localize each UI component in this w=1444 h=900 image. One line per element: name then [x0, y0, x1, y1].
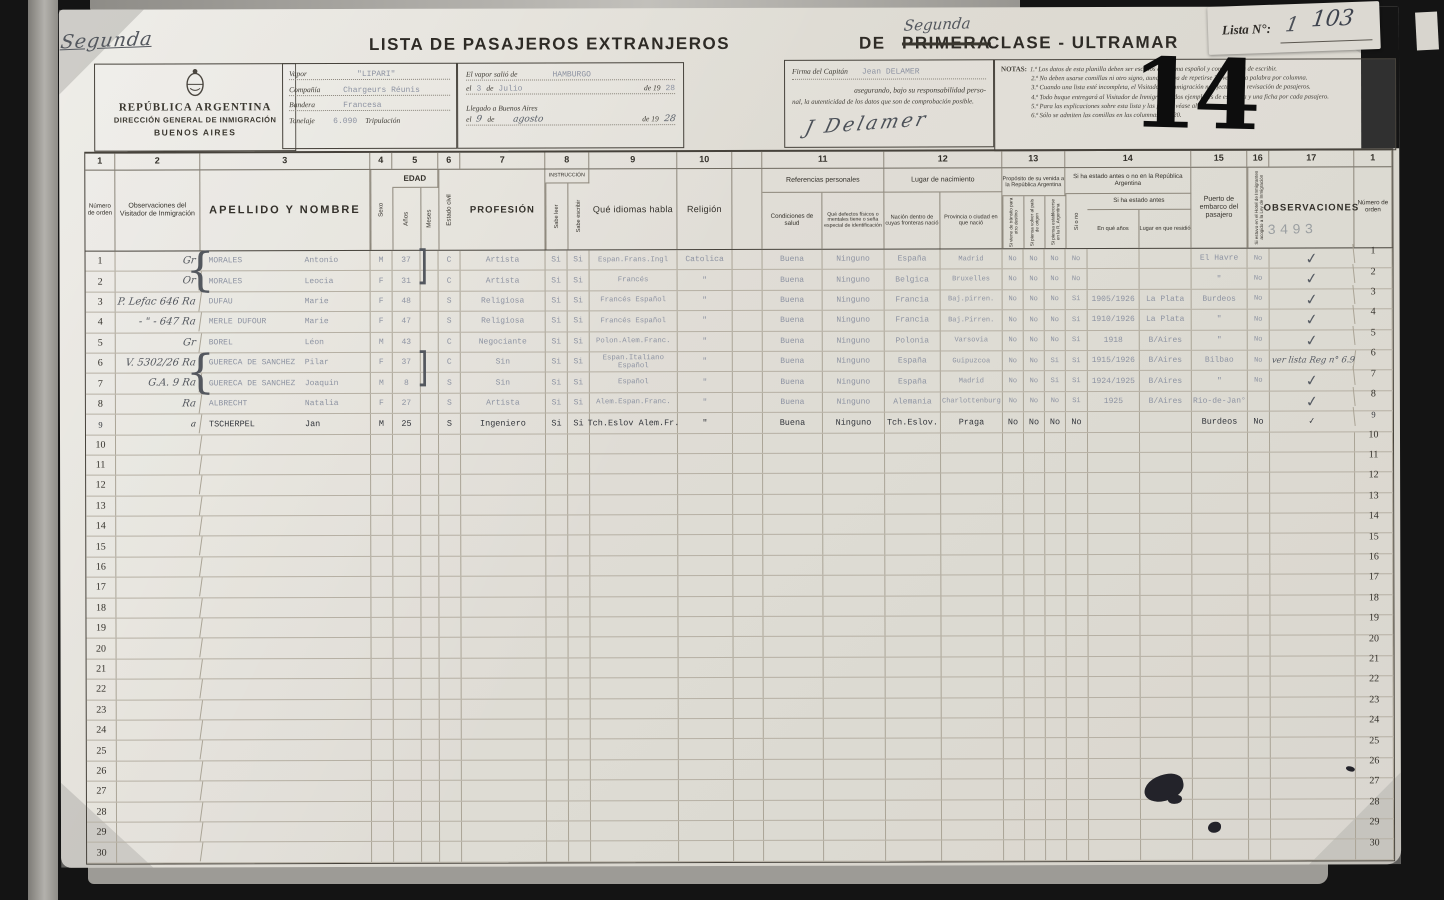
spare-column — [734, 637, 764, 656]
religion — [679, 780, 734, 800]
passenger-name — [201, 434, 371, 454]
been-before: Si — [1066, 310, 1088, 329]
age-months — [421, 312, 439, 331]
health-condition — [764, 637, 824, 657]
visitor-observation — [115, 435, 203, 455]
passenger-name — [201, 618, 371, 638]
embark-port — [1193, 636, 1249, 656]
languages: Espan.Frans.Ingl — [590, 250, 678, 270]
profession: Religiosa — [461, 291, 546, 311]
order-number-right: 17 — [1355, 575, 1393, 594]
purpose-transit: No — [1003, 249, 1024, 268]
visitor-observation — [115, 557, 203, 577]
been-before: No — [1066, 412, 1088, 431]
purpose-settle — [1046, 698, 1067, 717]
health-condition: Buena — [763, 311, 823, 331]
visitor-observation — [116, 761, 204, 781]
observation — [1271, 738, 1356, 758]
observation — [1270, 575, 1355, 595]
writes — [568, 434, 590, 453]
order-number: 16 — [86, 557, 116, 576]
header-h3: APELLIDO Y NOMBRE — [200, 170, 370, 250]
visitor-observation — [115, 659, 203, 679]
reads: Si — [546, 393, 568, 412]
reads — [546, 617, 568, 636]
order-number-right: 22 — [1356, 676, 1394, 695]
de-label: de — [486, 84, 493, 93]
writes — [569, 719, 591, 738]
profession: Negociante — [461, 332, 546, 352]
embark-port — [1193, 779, 1249, 799]
health-condition — [764, 800, 824, 820]
observation — [1270, 615, 1355, 635]
languages: Tch.Eslov Alem.Fr. — [590, 413, 678, 433]
purpose-settle — [1046, 738, 1067, 757]
profession — [461, 495, 546, 515]
languages — [591, 801, 679, 821]
age-months — [422, 781, 440, 800]
place-resided — [1141, 799, 1193, 819]
birth-province: Bruxelles — [941, 270, 1003, 290]
years-before — [1089, 738, 1141, 758]
header-h15: Puerto de embarco del pasajero — [1191, 168, 1247, 248]
birth-nation — [885, 494, 941, 514]
age-months — [422, 842, 440, 861]
order-number: 7 — [86, 374, 116, 393]
been-before — [1066, 473, 1088, 492]
age-years: 27 — [393, 394, 421, 413]
purpose-transit — [1004, 739, 1025, 758]
passenger-name: GUERECA DE SANCHEZPilar — [201, 353, 371, 373]
observation — [1271, 656, 1356, 676]
order-number: 11 — [86, 456, 116, 475]
health-condition — [764, 698, 824, 718]
civil-status — [440, 720, 462, 739]
reads: Si — [546, 271, 568, 290]
years-before — [1089, 718, 1141, 738]
header-h14_group: Si ha estado antes o no en la República … — [1065, 168, 1191, 194]
list-number-underline — [1280, 39, 1372, 43]
birth-province — [942, 637, 1004, 657]
agency-country: REPÚBLICA ARGENTINA — [95, 101, 295, 114]
writes — [569, 781, 591, 800]
writes: Si — [568, 393, 590, 412]
reads — [546, 556, 568, 575]
civil-status — [440, 699, 462, 718]
purpose-return — [1024, 535, 1045, 554]
place-resided: B/Aires — [1140, 371, 1192, 391]
spare-column — [733, 495, 763, 514]
reads — [547, 781, 569, 800]
birth-province — [941, 535, 1003, 555]
column-number: 9 — [589, 152, 677, 168]
years-before — [1088, 596, 1140, 616]
physical-defects: Ninguno — [823, 331, 885, 351]
order-number: 26 — [87, 761, 117, 780]
purpose-return: No — [1024, 351, 1045, 370]
spare-column — [734, 760, 764, 779]
age-months — [421, 495, 439, 514]
purpose-return — [1025, 820, 1046, 839]
writes: Si — [568, 373, 590, 392]
physical-defects — [823, 617, 885, 637]
embark-port: Burdeos — [1192, 289, 1248, 309]
languages: Francés — [590, 271, 678, 291]
purpose-settle — [1045, 575, 1066, 594]
visitor-observation — [116, 802, 204, 822]
embark-port: " — [1192, 371, 1248, 391]
hotel-immigrants: No — [1248, 310, 1270, 329]
age-months — [421, 536, 439, 555]
header-h2: Observaciones del Visitador de Inmigraci… — [115, 170, 200, 250]
civil-status — [440, 801, 462, 820]
column-number: 11 — [762, 152, 884, 168]
health-condition: Buena — [763, 372, 823, 392]
years-before — [1088, 616, 1140, 636]
order-number-right: 13 — [1355, 493, 1393, 512]
sex — [371, 496, 393, 515]
order-number: 9 — [86, 415, 116, 434]
salio-dia: 3 — [476, 85, 481, 94]
sex: M — [371, 332, 393, 351]
order-number: 22 — [87, 680, 117, 699]
purpose-return — [1025, 637, 1046, 656]
purpose-settle: No — [1045, 270, 1066, 289]
languages: Español — [590, 372, 678, 392]
age-months — [421, 475, 439, 494]
hotel-immigrants — [1249, 758, 1271, 777]
civil-status: C — [439, 251, 461, 270]
hotel-immigrants — [1248, 534, 1270, 553]
embark-port — [1192, 534, 1248, 554]
passenger-name — [201, 516, 371, 536]
observation — [1270, 493, 1355, 513]
languages: Francés Español — [590, 311, 678, 331]
writes — [569, 699, 591, 718]
age-years: 48 — [393, 292, 421, 311]
purpose-transit: No — [1003, 392, 1024, 411]
age-years — [393, 434, 421, 453]
reads — [547, 760, 569, 779]
languages — [590, 454, 678, 474]
agency-city: BUENOS AIRES — [95, 127, 295, 138]
hotel-immigrants — [1248, 391, 1270, 410]
writes — [568, 495, 590, 514]
health-condition — [764, 821, 824, 841]
religion — [679, 760, 734, 780]
writes — [568, 617, 590, 636]
place-resided — [1141, 697, 1193, 717]
embark-port — [1193, 738, 1249, 758]
place-resided — [1140, 432, 1192, 452]
physical-defects: Ninguno — [823, 413, 885, 433]
spare-column — [733, 617, 763, 636]
sex — [371, 516, 393, 535]
purpose-settle — [1046, 800, 1067, 819]
purpose-settle: No — [1045, 249, 1066, 268]
passenger-name — [201, 536, 371, 556]
writes: Si — [568, 291, 590, 310]
been-before — [1066, 514, 1088, 533]
salio-label: El vapor salió de — [466, 70, 517, 79]
spare-column — [734, 699, 764, 718]
spare-column — [734, 719, 764, 738]
embark-port — [1192, 575, 1248, 595]
sex — [371, 577, 393, 596]
order-number: 10 — [86, 435, 116, 454]
sex — [372, 822, 394, 841]
place-resided — [1140, 616, 1192, 636]
civil-status — [439, 577, 461, 596]
spare-column — [733, 597, 763, 616]
purpose-transit: No — [1003, 372, 1024, 391]
purpose-settle — [1046, 759, 1067, 778]
purpose-settle: No — [1045, 412, 1066, 431]
order-number: 25 — [87, 741, 117, 760]
religion — [679, 801, 734, 821]
birth-province — [942, 698, 1004, 718]
birth-nation — [885, 474, 941, 494]
spare-column — [733, 433, 763, 452]
passenger-name — [202, 659, 372, 679]
physical-defects — [824, 739, 886, 759]
purpose-return: No — [1024, 290, 1045, 309]
civil-status: S — [439, 373, 461, 392]
birth-province — [942, 677, 1004, 697]
birth-province — [941, 576, 1003, 596]
purpose-return — [1024, 433, 1045, 452]
purpose-transit — [1004, 677, 1025, 696]
visitor-observation — [116, 782, 204, 802]
hotel-immigrants — [1249, 820, 1271, 839]
sex — [372, 699, 394, 718]
physical-defects — [823, 515, 885, 535]
embark-port — [1192, 453, 1248, 473]
religion: " — [678, 352, 733, 372]
order-number: 5 — [86, 333, 116, 352]
been-before: Si — [1066, 351, 1088, 370]
header-v-sino: Si o no — [1065, 194, 1087, 248]
reads: Si — [546, 250, 568, 269]
civil-status: S — [439, 291, 461, 310]
purpose-settle — [1046, 718, 1067, 737]
passenger-name — [202, 801, 372, 821]
reads — [547, 801, 569, 820]
sex: M — [371, 414, 393, 433]
llegado-dia: 9 — [476, 115, 483, 125]
purpose-return — [1025, 779, 1046, 798]
religion — [678, 434, 733, 454]
place-resided — [1140, 493, 1192, 513]
order-number: 6 — [86, 354, 116, 373]
hotel-immigrants — [1249, 718, 1271, 737]
religion — [678, 495, 733, 515]
place-resided — [1140, 249, 1192, 269]
captain-signature: J Delamer — [803, 108, 931, 139]
order-number-right: 28 — [1356, 799, 1394, 818]
writes — [568, 454, 590, 473]
physical-defects — [823, 555, 885, 575]
birth-nation — [886, 800, 942, 820]
physical-defects — [824, 698, 886, 718]
spare-column — [733, 352, 763, 371]
embark-port — [1193, 718, 1249, 738]
purpose-transit — [1003, 575, 1024, 594]
purpose-transit — [1004, 800, 1025, 819]
visitor-observation — [115, 741, 203, 761]
health-condition: Buena — [763, 392, 823, 412]
purpose-settle — [1045, 453, 1066, 472]
order-number: 23 — [87, 700, 117, 719]
reads: Si — [546, 312, 568, 331]
spare-column — [734, 841, 764, 860]
visitor-observation — [115, 455, 203, 475]
passenger-name: ALBRECHTNatalia — [201, 394, 371, 414]
years-before — [1089, 779, 1141, 799]
passenger-name — [202, 720, 372, 740]
languages — [591, 740, 679, 760]
order-number-right: 1 — [1355, 248, 1393, 267]
visitor-observation — [115, 700, 203, 720]
been-before: Si — [1066, 392, 1088, 411]
profession: Artista — [461, 271, 546, 291]
religion — [678, 576, 733, 596]
reads — [546, 434, 568, 453]
civil-status: C — [439, 271, 461, 290]
de19-label: de 19 — [644, 83, 660, 92]
order-number: 21 — [87, 659, 117, 678]
civil-status — [439, 495, 461, 514]
civil-status — [439, 516, 461, 535]
purpose-transit — [1004, 718, 1025, 737]
order-number-right: 14 — [1355, 513, 1393, 532]
writes: Si — [568, 271, 590, 290]
place-resided — [1141, 738, 1193, 758]
years-before: 1905/1926 — [1088, 290, 1140, 310]
languages: Espan.ItalianoEspañol — [590, 352, 678, 372]
purpose-transit — [1003, 453, 1024, 472]
age-months — [422, 638, 440, 657]
purpose-return — [1025, 800, 1046, 819]
reads — [546, 516, 568, 535]
been-before — [1067, 677, 1089, 696]
header-h14sub: Si ha estado antes — [1087, 194, 1191, 210]
been-before — [1066, 494, 1088, 513]
civil-status — [440, 659, 462, 678]
birth-province: Guipuzcoa — [941, 351, 1003, 371]
religion: " — [678, 270, 733, 290]
table-row: 3030 — [87, 840, 1394, 864]
reads — [546, 454, 568, 473]
health-condition — [763, 515, 823, 535]
visitor-observation — [116, 822, 204, 842]
purpose-transit — [1004, 841, 1025, 860]
health-condition — [764, 719, 824, 739]
purpose-transit — [1004, 820, 1025, 839]
sex: F — [371, 312, 393, 331]
age-years — [394, 659, 422, 678]
hotel-immigrants: No — [1248, 351, 1270, 370]
header-h9: Qué idiomas habla — [589, 169, 677, 249]
order-number: 14 — [86, 517, 116, 536]
age-months — [421, 434, 439, 453]
civil-status — [440, 638, 462, 657]
religion — [679, 821, 734, 841]
civil-status — [440, 822, 462, 841]
order-number-right: 8 — [1355, 391, 1393, 410]
age-years: 25 — [393, 414, 421, 433]
passenger-name — [202, 679, 372, 699]
birth-nation — [886, 780, 942, 800]
birth-nation — [885, 616, 941, 636]
profession — [462, 781, 547, 801]
adjacent-page-edge — [28, 0, 58, 900]
years-before: 1910/1926 — [1088, 310, 1140, 330]
age-years — [394, 842, 422, 861]
religion: " — [678, 332, 733, 352]
order-number-right: 7 — [1355, 371, 1393, 390]
writes: Si — [568, 250, 590, 269]
passenger-name — [202, 842, 372, 862]
order-number: 28 — [87, 802, 117, 821]
physical-defects — [824, 678, 886, 698]
profession — [461, 516, 546, 536]
column-number: 12 — [884, 151, 1002, 167]
header-h7: PROFESIÓN — [460, 169, 545, 249]
purpose-settle — [1046, 677, 1067, 696]
years-before: 1918 — [1088, 330, 1140, 350]
observation — [1270, 452, 1355, 472]
religion — [679, 678, 734, 698]
reads: Si — [546, 352, 568, 371]
spare-column — [734, 658, 764, 677]
religion — [679, 719, 734, 739]
health-condition — [764, 780, 824, 800]
writes — [568, 536, 590, 555]
physical-defects — [824, 821, 886, 841]
handwritten-segunda: Segunda — [903, 14, 971, 35]
order-number-right: 23 — [1356, 697, 1394, 716]
birth-nation — [886, 657, 942, 677]
header-h5a: Años — [392, 188, 420, 250]
column-number: 14 — [1065, 151, 1191, 167]
compania-label: Compañía — [289, 85, 333, 94]
physical-defects — [824, 841, 886, 861]
religion — [678, 535, 733, 555]
civil-status — [439, 475, 461, 494]
been-before — [1066, 616, 1088, 635]
order-number: 13 — [86, 496, 116, 515]
languages — [591, 678, 679, 698]
physical-defects: Ninguno — [823, 352, 885, 372]
civil-status: S — [439, 312, 461, 331]
birth-nation: Tch.Eslov. — [885, 413, 941, 433]
writes — [568, 515, 590, 534]
birth-province — [942, 657, 1004, 677]
handwritten-age-bracket-1: ] — [417, 247, 429, 288]
years-before — [1088, 453, 1140, 473]
reads — [546, 475, 568, 494]
vapor-value: "LIPARI" — [357, 70, 395, 79]
age-months — [422, 679, 440, 698]
header-h12a: Nación dentro de cuyas fronteras nació — [884, 192, 940, 248]
tonelaje-value: 6.090 — [333, 116, 357, 125]
birth-province: Charlottenburg — [941, 392, 1003, 412]
years-before — [1088, 534, 1140, 554]
writes — [569, 638, 591, 657]
birth-province — [941, 596, 1003, 616]
captain-name: Jean DELAMER — [862, 68, 920, 77]
